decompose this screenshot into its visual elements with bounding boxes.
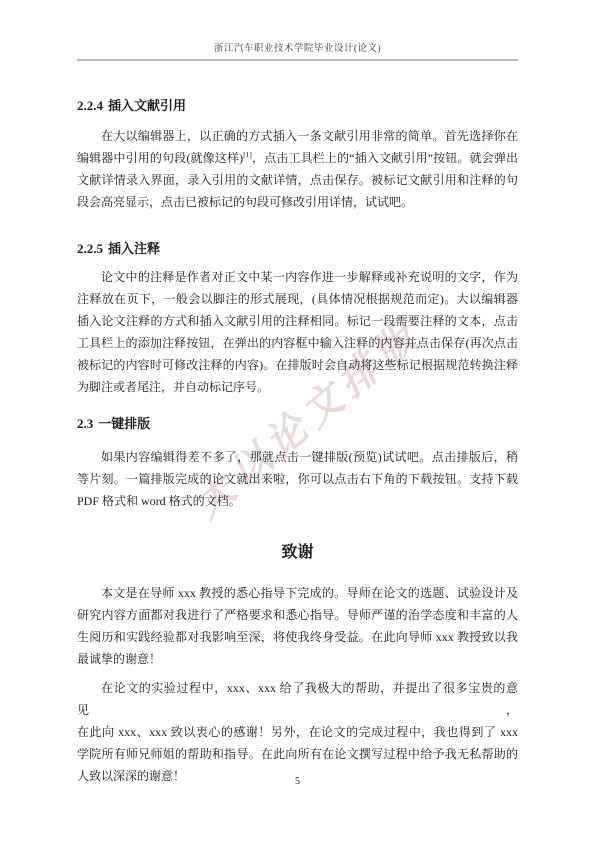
- paragraph-citation-howto: 在大以编辑器上，以正确的方式插入一条文献引用非常的简单。首先选择你在编辑器中引用…: [77, 125, 518, 213]
- paragraph-ack-others: 在论文的实验过程中，xxx、xxx 给了我极大的帮助，并提出了很多宝贵的意见，在…: [77, 677, 518, 787]
- text-line: 工具栏上的添加注释按钮，在弹出的内容框中输入注释的内容并点击保存(再次点击: [77, 332, 518, 354]
- text-line: 本文是在导师 xxx 教授的悉心指导下完成的。导师在论文的选题、试验设计及: [77, 582, 518, 604]
- text-line: 编辑器中引用的句段(就像这样)[1]，点击工具栏上的“插入文献引用”按钮。就会弹…: [77, 147, 518, 169]
- text-line: 段会高亮显示，点击已被标记的句段可修改引用详情，试试吧。: [77, 191, 518, 213]
- text-line: 为脚注或者尾注，并自动标记序号。: [77, 376, 518, 398]
- text-line: 文献详情录入界面，录入引用的文献详情，点击保存。被标记文献引用和注释的句: [77, 169, 518, 191]
- text-line: 在大以编辑器上，以正确的方式插入一条文献引用非常的简单。首先选择你在: [77, 125, 518, 147]
- text-line: PDF 格式和 word 格式的文档。: [77, 490, 518, 512]
- section-title: 一键排版: [98, 416, 150, 431]
- text-line: 论文中的注释是作者对正文中某一内容作进一步解释或补充说明的文字，作为: [77, 266, 518, 288]
- running-header: 浙江汽车职业技术学院毕业设计(论文): [77, 40, 518, 61]
- text-line: 如果内容编辑得差不多了，那就点击一键排版(预览)试试吧。点击排版后，稍: [77, 446, 518, 468]
- section-title: 插入注释: [108, 241, 160, 256]
- text-line: 学院所有师兄师姐的帮助和指导。在此向所有在论文撰写过程中给予我无私帮助的: [77, 743, 518, 765]
- acknowledgement-heading: 致谢: [77, 540, 518, 566]
- text-line: 生阅历和实践经验都对我影响至深，将使我终身受益。在此向导师 xxx 教授致以我: [77, 626, 518, 648]
- section-heading-2-3: 2.3一键排版: [77, 415, 518, 433]
- document-page: { "header": { "title": "浙江汽车职业技术学院毕业设计(论…: [0, 0, 595, 842]
- page-number: 5: [0, 776, 595, 787]
- text-line: 研究内容方面都对我进行了严格要求和悉心指导。导师严谨的治学态度和丰富的人: [77, 604, 518, 626]
- paragraph-annotation-howto: 论文中的注释是作者对正文中某一内容作进一步解释或补充说明的文字，作为注释放在页下…: [77, 266, 518, 398]
- section-title: 插入文献引用: [108, 98, 186, 113]
- text-line: 插入论文注释的方式和插入文献引用的注释相同。标记一段需要注释的文本，点击: [77, 310, 518, 332]
- section-heading-2-2-4: 2.2.4插入文献引用: [77, 97, 518, 115]
- text-line: 在此向 xxx、xxx 致以衷心的感谢！另外，在论文的完成过程中，我也得到了 x…: [77, 721, 518, 743]
- section-number: 2.3: [77, 416, 93, 431]
- text-line: 最诚挚的谢意！: [77, 648, 518, 670]
- text-line: 注释放在页下，一般会以脚注的形式展现，(具体情况根据规范而定)。大以编辑器: [77, 288, 518, 310]
- paragraph-ack-advisor: 本文是在导师 xxx 教授的悉心指导下完成的。导师在论文的选题、试验设计及研究内…: [77, 582, 518, 670]
- citation-superscript: [1]: [243, 150, 252, 159]
- section-heading-2-2-5: 2.2.5插入注释: [77, 240, 518, 258]
- section-number: 2.2.5: [77, 241, 103, 256]
- text-line: 被标记的内容时可修改注释的内容)。在排版时会自动将这些标记根据规范转换注释: [77, 354, 518, 376]
- paragraph-onekey-layout: 如果内容编辑得差不多了，那就点击一键排版(预览)试试吧。点击排版后，稍等片刻。一…: [77, 446, 518, 512]
- text-line: 等片刻。一篇排版完成的论文就出来啦，你可以点击右下角的下载按钮。支持下载: [77, 468, 518, 490]
- page-body: 2.2.4插入文献引用 在大以编辑器上，以正确的方式插入一条文献引用非常的简单。…: [77, 0, 518, 787]
- section-number: 2.2.4: [77, 98, 103, 113]
- running-header-title: 浙江汽车职业技术学院毕业设计(论文): [214, 44, 381, 54]
- text-line: 在论文的实验过程中，xxx、xxx 给了我极大的帮助，并提出了很多宝贵的意见，: [77, 677, 518, 721]
